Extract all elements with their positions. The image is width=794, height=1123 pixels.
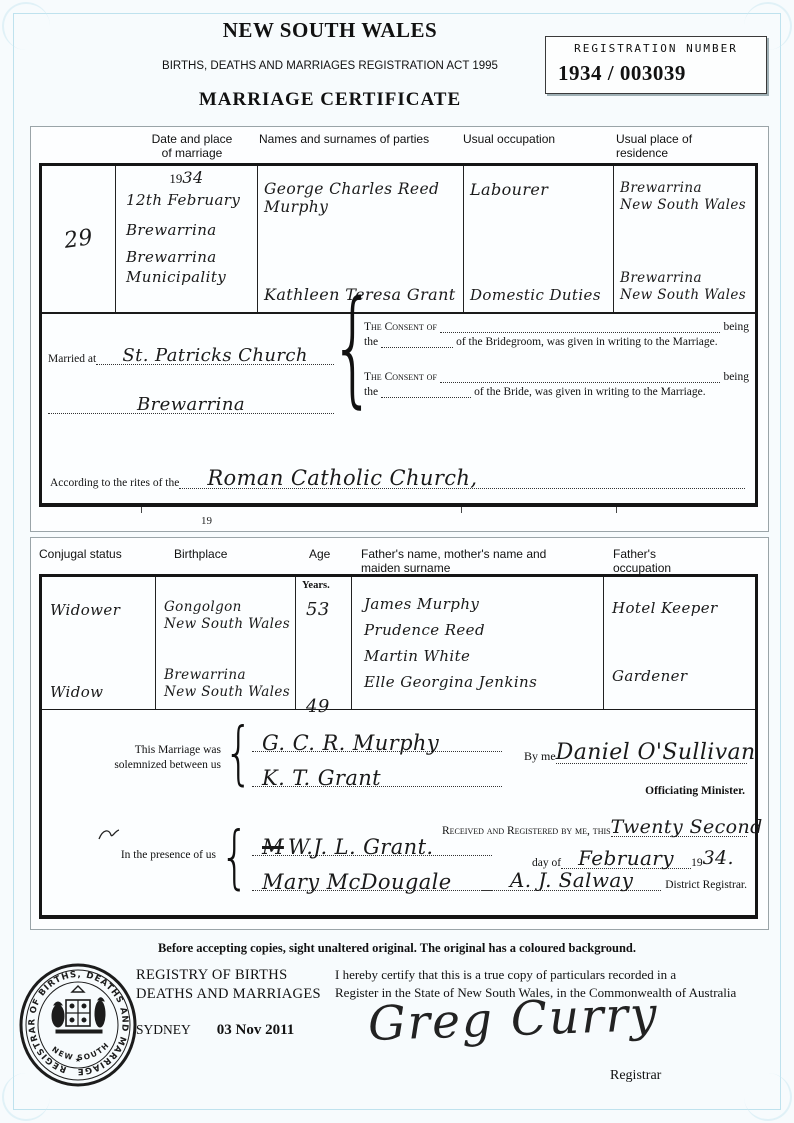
conjugal-cell: Widower Widow <box>42 577 156 709</box>
registrar-signature: A. J. Salway <box>482 868 661 892</box>
marriage-date: 12th February <box>116 187 257 217</box>
married-at-town: Brewarrina <box>48 394 334 415</box>
registrar-signature-line: A. J. Salway <box>482 877 661 891</box>
marriage-municipality: Brewarrina Municipality <box>116 247 257 291</box>
crossed-out-mark: M <box>262 835 284 859</box>
rites-block: According to the rites of the Roman Cath… <box>42 434 755 514</box>
minister-signature: Daniel O'Sullivan <box>556 740 747 765</box>
marriage-certificate-page: NEW SOUTH WALES BIRTHS, DEATHS AND MARRI… <box>0 0 794 1123</box>
received-day-line: Twenty Second <box>611 823 747 837</box>
groom-birthplace: Gongolgon New South Wales <box>164 599 293 633</box>
copies-notice: Before accepting copies, sight unaltered… <box>0 941 794 956</box>
registration-number-box: REGISTRATION NUMBER 1934 / 003039 <box>545 36 767 94</box>
column-header-conjugal: Conjugal status <box>39 547 169 561</box>
consent-block: The Consent of being the of the Bridegro… <box>364 318 749 398</box>
parents-table: Widower Widow Gongolgon New South Wales … <box>42 577 755 710</box>
witnesses-block: In the presence of us { MW.J. L. Grant. … <box>42 807 755 927</box>
consent3-being: being <box>723 371 749 383</box>
marriage-place: Brewarrina <box>116 217 257 247</box>
consent3-line <box>440 382 721 383</box>
consent4-label: the <box>364 386 378 398</box>
column-header-birthplace: Birthplace <box>174 547 294 561</box>
bride-conjugal-status: Widow <box>50 683 153 701</box>
month-line: February <box>561 855 691 869</box>
issue-line: SYDNEY03 Nov 2011 <box>136 1022 294 1039</box>
consent2-line <box>381 347 453 348</box>
corner-flourish <box>744 1073 792 1121</box>
married-at-block: Married at St. Patricks Church Brewarrin… <box>42 312 755 434</box>
consent3-label: The Consent of <box>364 371 437 383</box>
column-header-names: Names and surnames of parties <box>259 132 479 146</box>
seal-star: ★ <box>75 1056 81 1064</box>
parties-details-section: Conjugal status Birthplace Age Father's … <box>30 537 769 930</box>
cut-tick <box>141 507 142 513</box>
consent1-label: The Consent of <box>364 321 437 333</box>
received-block: Received and Registered by me, this Twen… <box>442 817 747 891</box>
column-header-date-place: Date and place of marriage <box>117 132 267 160</box>
registry-name: REGISTRY OF BIRTHS DEATHS AND MARRIAGES <box>136 966 321 1004</box>
married-at-line: St. Patricks Church <box>96 350 334 365</box>
year-written: 34. <box>703 847 734 869</box>
occupation-cell: Labourer Domestic Duties <box>464 166 614 312</box>
entry-number: 29 <box>32 162 125 317</box>
rites-line: Roman Catholic Church, <box>179 472 745 489</box>
groom-father-occupation: Hotel Keeper <box>612 599 753 617</box>
consent4-line <box>381 397 471 398</box>
witness1-signature: MW.J. L. Grant. <box>262 835 434 859</box>
officiating-minister-label: Officiating Minister. <box>645 785 745 797</box>
bride-residence: Brewarrina New South Wales <box>620 270 751 304</box>
parents-names: James Murphy Prudence Reed Martin White … <box>352 577 603 701</box>
marriage-details-section: Date and place of marriage Names and sur… <box>30 126 769 532</box>
registrar-seal: REGISTRAR OF BIRTHS, DEATHS AND MARRIAGE… <box>16 960 140 1090</box>
married-at-church: St. Patricks Church <box>96 345 334 366</box>
cutoff-year: 19 <box>201 515 212 527</box>
column-header-parents: Father's name, mother's name and maiden … <box>361 547 611 575</box>
by-me-label: By me <box>524 749 556 764</box>
solemnized-block: This Marriage was solemnized between us … <box>42 709 755 807</box>
minister-signature-line: Daniel O'Sullivan <box>556 749 747 764</box>
father-occupation-cell: Hotel Keeper Gardener <box>604 577 755 709</box>
age-cell: Years. 53 49 <box>296 577 352 709</box>
scanned-register-form-2: Widower Widow Gongolgon New South Wales … <box>39 574 758 919</box>
groom-residence: Brewarrina New South Wales <box>620 180 751 214</box>
issue-date: 03 Nov 2011 <box>217 1022 295 1038</box>
column-header-father-occupation: Father's occupation <box>613 547 733 575</box>
column-header-occupation: Usual occupation <box>463 132 613 146</box>
consent2-label: the <box>364 336 378 348</box>
bride-signature-line: K. T. Grant <box>252 756 502 787</box>
witnesses-brace: { <box>220 816 249 897</box>
month-value: February <box>561 846 691 870</box>
column-header-residence: Usual place of residence <box>616 132 756 160</box>
bride-occupation: Domestic Duties <box>470 286 609 304</box>
witness2-signature: Mary McDougale <box>262 870 452 894</box>
bride-birthplace: Brewarrina New South Wales <box>164 667 293 701</box>
registration-number-label: REGISTRATION NUMBER <box>546 42 766 55</box>
solemnized-label: This Marriage was solemnized between us <box>56 743 221 773</box>
parents-cell: James Murphy Prudence Reed Martin White … <box>352 577 604 709</box>
groom-signature-line: G. C. R. Murphy <box>252 721 502 752</box>
consent4-text: of the Bride, was given in writing to th… <box>474 386 706 398</box>
groom-signature: G. C. R. Murphy <box>262 731 439 755</box>
handwritten-annotation <box>97 827 127 841</box>
date-place-cell: 1934 12th February Brewarrina Brewarrina… <box>116 166 258 312</box>
married-at-line2: Brewarrina <box>48 399 334 414</box>
married-at-label: Married at <box>48 353 96 365</box>
issue-city: SYDNEY <box>136 1022 191 1037</box>
cut-tick <box>616 507 617 513</box>
consent1-being: being <box>723 321 749 333</box>
scanned-register-form: 29 1934 12th February Brewarrina Brewarr… <box>39 163 758 507</box>
residence-cell: Brewarrina New South Wales Brewarrina Ne… <box>614 166 755 312</box>
groom-age: 53 <box>306 599 349 620</box>
marriage-year: 1934 <box>116 168 257 187</box>
bride-signature: K. T. Grant <box>262 766 381 790</box>
cut-tick <box>461 507 462 513</box>
received-label: Received and Registered by me, this <box>442 825 611 837</box>
year-printed: 19 <box>691 857 703 869</box>
column-header-age: Age <box>309 547 359 561</box>
district-registrar-label: District Registrar. <box>665 879 747 891</box>
bride-father-occupation: Gardener <box>612 667 753 685</box>
groom-name: George Charles Reed Murphy <box>264 180 459 216</box>
groom-occupation: Labourer <box>470 180 609 199</box>
parties-table: 29 1934 12th February Brewarrina Brewarr… <box>42 166 755 314</box>
age-unit-label: Years. <box>296 577 351 591</box>
witnesses-label: In the presence of us <box>56 849 216 861</box>
registrar-signature-main: Greg Curry <box>367 987 659 1052</box>
received-day-value: Twenty Second <box>611 816 747 838</box>
consent1-line <box>440 332 721 333</box>
registration-number-value: 1934 / 003039 <box>558 61 766 86</box>
consent2-text: of the Bridegroom, was given in writing … <box>456 336 718 348</box>
groom-conjugal-status: Widower <box>50 601 153 619</box>
solemnized-brace: { <box>224 712 253 793</box>
rites-value: Roman Catholic Church, <box>179 466 745 490</box>
coat-of-arms <box>52 986 105 1033</box>
registrar-title: Registrar <box>610 1068 661 1084</box>
rites-label: According to the rites of the <box>50 477 179 489</box>
entry-number-cell: 29 <box>42 166 116 312</box>
birthplace-cell: Gongolgon New South Wales Brewarrina New… <box>156 577 296 709</box>
